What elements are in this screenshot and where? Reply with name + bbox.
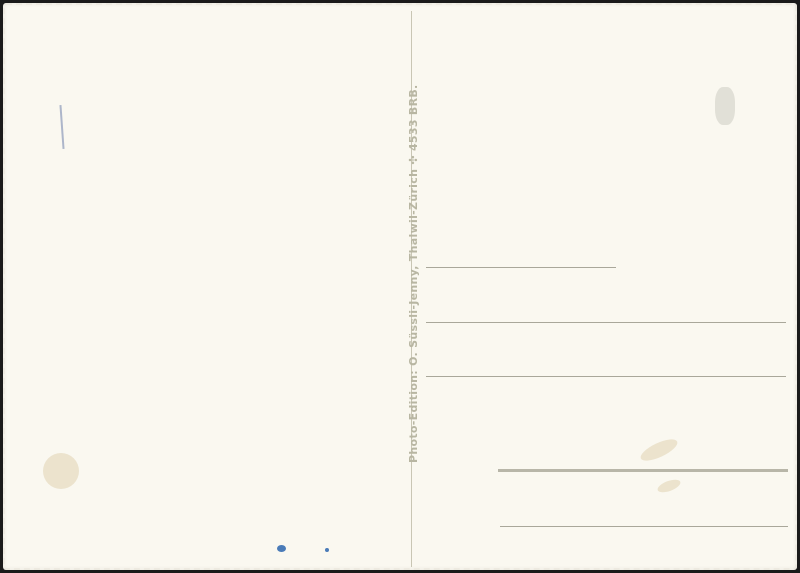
ink-spot bbox=[277, 545, 286, 552]
postcard-back: Photo-Edition: O. Süssli-Jenny, Thalwil-… bbox=[3, 3, 797, 570]
address-line-1 bbox=[426, 267, 616, 268]
stain bbox=[656, 477, 682, 495]
stain bbox=[43, 453, 79, 489]
address-line-5 bbox=[500, 526, 788, 527]
smudge bbox=[715, 87, 735, 125]
ink-spot bbox=[325, 548, 329, 552]
address-line-2 bbox=[426, 322, 786, 323]
address-line-3 bbox=[426, 376, 786, 377]
stain bbox=[638, 435, 680, 465]
publisher-imprint: Photo-Edition: O. Süssli-Jenny, Thalwil-… bbox=[407, 84, 420, 463]
pen-mark bbox=[59, 105, 64, 149]
address-line-4 bbox=[498, 469, 788, 472]
